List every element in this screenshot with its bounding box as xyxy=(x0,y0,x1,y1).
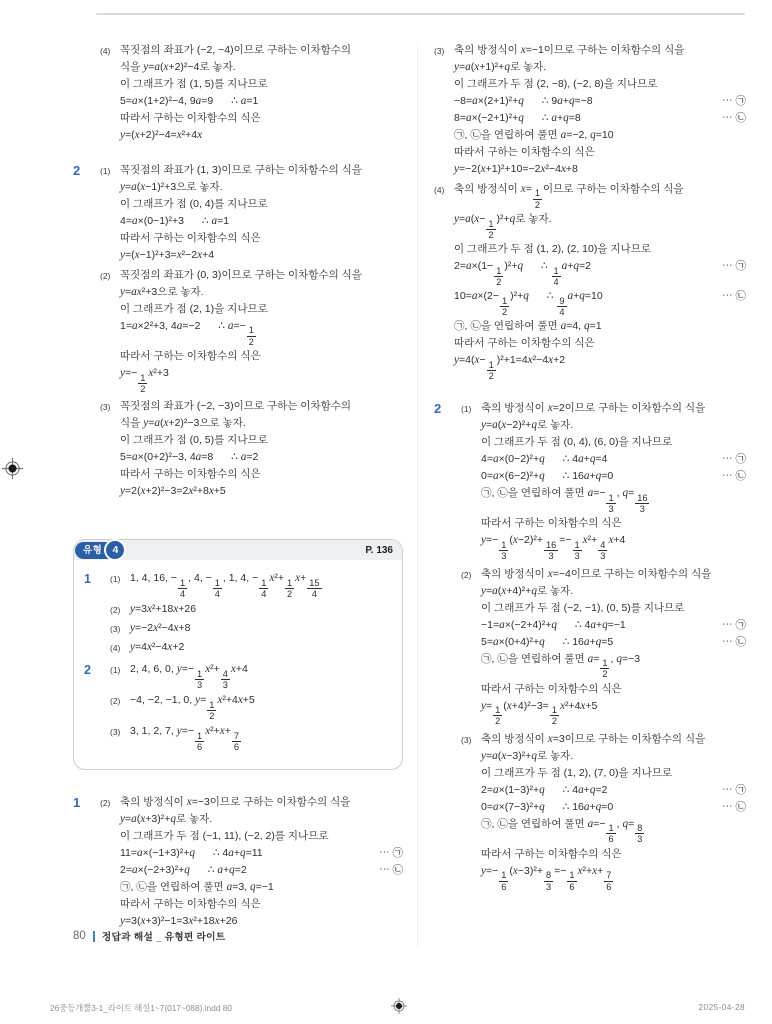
solution-line: 따라서 구하는 이차함수의 식은 xyxy=(481,515,746,531)
solution-line: 식을 y=a(x+2)²−3으로 놓자. xyxy=(120,415,403,431)
solution-line: y=a(x−1)²+3으로 놓자. xyxy=(120,179,403,195)
line-segment: 2=a×(−2+3)²+q xyxy=(120,862,190,878)
item-body: 꼭짓점의 좌표가 (−2, −3)이므로 구하는 이차함수의식을 y=a(x+2… xyxy=(120,398,403,500)
item-label: (3) xyxy=(434,42,454,178)
solution-line: y=4(x−12)²+1=4x²−4x+2 xyxy=(454,352,746,381)
solution-line: y=−2(x+1)²+10=−2x²−4x+8 xyxy=(454,161,746,177)
item-body: 꼭짓점의 좌표가 (0, 3)이므로 구하는 이차함수의 식을y=ax²+3으로… xyxy=(120,267,403,395)
registration-mark-icon xyxy=(2,458,23,479)
solution-line: 이 그래프가 두 점 (0, 4), (6, 0)을 지나므로 xyxy=(481,434,746,450)
solution-line: 꼭짓점의 좌표가 (−2, −4)이므로 구하는 이차함수의 xyxy=(120,42,403,58)
solution-line: 2=a×(1−12)²+q∴ 14a+q=2⋯ ㉠ xyxy=(454,258,746,287)
line-segment: 8=a×(−2+1)²+q xyxy=(454,110,524,126)
solution-line: 축의 방정식이 x=−4이므로 구하는 이차함수의 식을 xyxy=(481,566,746,582)
line-segment: −8=a×(2+1)²+q xyxy=(454,93,524,109)
solution-line: 5=a×(0+2)²−3, 4a=8∴ a=2 xyxy=(120,449,403,465)
solution-line: ㉠, ㉡을 연립하여 풀면 a=4, q=1 xyxy=(454,318,746,334)
column-left: (4)꼭짓점의 좌표가 (−2, −4)이므로 구하는 이차함수의식을 y=a(… xyxy=(73,42,403,948)
solution-line: 이 그래프가 점 (1, 5)를 지나므로 xyxy=(120,76,403,92)
answer-item: (3)y=−2x²−4x+8 xyxy=(110,620,392,637)
solution-line: 2=a×(1−3)²+q∴ 4a+q=2⋯ ㉠ xyxy=(481,782,746,798)
item-label: (3) xyxy=(461,731,481,893)
solution-item: (3)축의 방정식이 x=−1이므로 구하는 이차함수의 식을y=a(x+1)²… xyxy=(434,42,746,178)
line-segment: ⋯ ㉠ xyxy=(722,451,746,467)
item-body: 축의 방정식이 x=−3이므로 구하는 이차함수의 식을y=a(x+3)²+q로… xyxy=(120,794,403,930)
page: (4)꼭짓점의 좌표가 (−2, −4)이므로 구하는 이차함수의식을 y=a(… xyxy=(0,0,772,1024)
solution-line: 2=a×(−2+3)²+q∴ a+q=2⋯ ㉡ xyxy=(120,862,403,878)
item-body: 축의 방정식이 x=12이므로 구하는 이차함수의 식을y=a(x−12)²+q… xyxy=(454,181,746,382)
solution-block: 1(2)축의 방정식이 x=−3이므로 구하는 이차함수의 식을y=a(x+3)… xyxy=(73,794,403,933)
solution-line: −1=a×(−2+4)²+q∴ 4a+q=−1⋯ ㉠ xyxy=(481,617,746,633)
problem-number: 2 xyxy=(73,162,100,503)
solution-line: 식을 y=a(x+2)²−4로 놓자. xyxy=(120,59,403,75)
solution-line: 10=a×(2−12)²+q∴ 94a+q=10⋯ ㉡ xyxy=(454,288,746,317)
answer-row: 1(1)1, 4, 16, −14, 4, −14, 1, 4, −14x²+1… xyxy=(84,570,392,658)
solution-line: y=3(x+3)²−1=3x²+18x+26 xyxy=(120,913,403,929)
column-divider xyxy=(417,42,418,947)
solution-item: (4)꼭짓점의 좌표가 (−2, −4)이므로 구하는 이차함수의식을 y=a(… xyxy=(100,42,403,144)
solution-line: 따라서 구하는 이차함수의 식은 xyxy=(120,110,403,126)
solution-item: (2)축의 방정식이 x=−4이므로 구하는 이차함수의 식을y=a(x+4)²… xyxy=(461,566,746,728)
solution-line: y=ax²+3으로 놓자. xyxy=(120,284,403,300)
footer-title: 정답과 해설 _ 유형편 라이트 xyxy=(102,929,226,943)
item-label: (1) xyxy=(110,661,130,690)
solution-line: ㉠, ㉡을 연립하여 풀면 a=12, q=−3 xyxy=(481,651,746,680)
line-segment: −1=a×(−2+4)²+q xyxy=(481,617,557,633)
solution-items: (1)축의 방정식이 x=2이므로 구하는 이차함수의 식을y=a(x−2)²+… xyxy=(461,400,746,895)
line-segment: ∴ a+q=8 xyxy=(542,110,581,126)
print-info-line: 26중등개뿔3-1_라이트 해설1~7(017~088).indd 80 202… xyxy=(0,997,772,1019)
solution-line: 5=a×(1+2)²−4, 9a=9∴ a=1 xyxy=(120,93,403,109)
solution-line: 따라서 구하는 이차함수의 식은 xyxy=(481,681,746,697)
line-segment: ⋯ ㉠ xyxy=(379,845,403,861)
answer-number: 1 xyxy=(84,570,110,658)
solution-line: y=−12x²+3 xyxy=(120,365,403,394)
solution-line: y=(x−1)²+3=x²−2x+4 xyxy=(120,247,403,263)
solution-line: −8=a×(2+1)²+q∴ 9a+q=−8⋯ ㉠ xyxy=(454,93,746,109)
item-label: (2) xyxy=(110,692,130,721)
solution-item: (3)축의 방정식이 x=3이므로 구하는 이차함수의 식을y=a(x−3)²+… xyxy=(461,731,746,893)
column-right: (3)축의 방정식이 x=−1이므로 구하는 이차함수의 식을y=a(x+1)²… xyxy=(434,42,746,911)
solution-line: 꼭짓점의 좌표가 (0, 3)이므로 구하는 이차함수의 식을 xyxy=(120,267,403,283)
solution-line: 4=a×(0−1)²+3∴ a=1 xyxy=(120,213,403,229)
item-label: (3) xyxy=(100,398,120,500)
item-label: (1) xyxy=(461,400,481,562)
solution-line: 꼭짓점의 좌표가 (−2, −3)이므로 구하는 이차함수의 xyxy=(120,398,403,414)
solution-items: (1)꼭짓점의 좌표가 (1, 3)이므로 구하는 이차함수의 식을y=a(x−… xyxy=(100,162,403,503)
line-segment: ⋯ ㉠ xyxy=(722,93,746,109)
solution-block: (3)축의 방정식이 x=−1이므로 구하는 이차함수의 식을y=a(x+1)²… xyxy=(434,42,746,385)
item-label: (4) xyxy=(110,639,130,656)
solution-line: y=2(x+2)²−3=2x²+8x+5 xyxy=(120,483,403,499)
item-body: 축의 방정식이 x=−1이므로 구하는 이차함수의 식을y=a(x+1)²+q로… xyxy=(454,42,746,178)
item-label: (4) xyxy=(100,42,120,144)
item-body: 축의 방정식이 x=−4이므로 구하는 이차함수의 식을y=a(x+4)²+q로… xyxy=(481,566,746,728)
solution-line: 축의 방정식이 x=3이므로 구하는 이차함수의 식을 xyxy=(481,731,746,747)
line-segment: ⋯ ㉡ xyxy=(379,862,403,878)
page-footer: 80 정답과 해설 _ 유형편 라이트 xyxy=(73,929,225,943)
line-segment: ⋯ ㉡ xyxy=(722,468,746,484)
item-label: (3) xyxy=(110,620,130,637)
answer-items: (1)2, 4, 6, 0, y=−13x²+43x+4(2)−4, −2, −… xyxy=(110,661,392,754)
solution-line: 따라서 구하는 이차함수의 식은 xyxy=(120,230,403,246)
solution-item: (2)축의 방정식이 x=−3이므로 구하는 이차함수의 식을y=a(x+3)²… xyxy=(100,794,403,930)
line-segment: ∴ 4a+q=2 xyxy=(563,782,608,798)
item-label: (2) xyxy=(100,267,120,395)
item-label: (1) xyxy=(110,570,130,599)
solution-line: 이 그래프가 두 점 (1, 2), (7, 0)을 지나므로 xyxy=(481,765,746,781)
solution-line: 이 그래프가 점 (0, 5)를 지나므로 xyxy=(120,432,403,448)
answer-number: 2 xyxy=(84,661,110,754)
solution-line: 이 그래프가 두 점 (−2, −1), (0, 5)를 지나므로 xyxy=(481,600,746,616)
item-body: 꼭짓점의 좌표가 (−2, −4)이므로 구하는 이차함수의식을 y=a(x+2… xyxy=(120,42,403,144)
solution-item: (2)꼭짓점의 좌표가 (0, 3)이므로 구하는 이차함수의 식을y=ax²+… xyxy=(100,267,403,395)
line-segment: 1=a×2²+3, 4a=−2 xyxy=(120,318,200,334)
item-label: (2) xyxy=(100,794,120,930)
answer-item: (2)−4, −2, −1, 0, y=12x²+4x+5 xyxy=(110,692,392,721)
line-segment: ∴ a=1 xyxy=(231,93,258,109)
type-answer-box: 유형4P. 1361(1)1, 4, 16, −14, 4, −14, 1, 4… xyxy=(73,539,403,770)
line-segment: ∴ 16a+q=0 xyxy=(563,468,614,484)
solution-item: (3)꼭짓점의 좌표가 (−2, −3)이므로 구하는 이차함수의식을 y=a(… xyxy=(100,398,403,500)
line-segment: ∴ 14a+q=2 xyxy=(541,258,591,287)
solution-line: 8=a×(−2+1)²+q∴ a+q=8⋯ ㉡ xyxy=(454,110,746,126)
solution-line: y=12(x+4)²−3=12x²+4x+5 xyxy=(481,698,746,727)
solution-item: (4)축의 방정식이 x=12이므로 구하는 이차함수의 식을y=a(x−12)… xyxy=(434,181,746,382)
print-date: 2025-04-28 xyxy=(699,1002,745,1012)
line-segment: ⋯ ㉡ xyxy=(722,288,746,304)
line-segment: ∴ a=1 xyxy=(202,213,229,229)
solution-line: ㉠, ㉡을 연립하여 풀면 a=−13, q=163 xyxy=(481,485,746,514)
solution-line: ㉠, ㉡을 연립하여 풀면 a=3, q=−1 xyxy=(120,879,403,895)
solution-line: 0=a×(7−3)²+q∴ 16a+q=0⋯ ㉡ xyxy=(481,799,746,815)
line-segment: ∴ 16a+q=0 xyxy=(563,799,614,815)
solution-line: 5=a×(0+4)²+q∴ 16a+q=5⋯ ㉡ xyxy=(481,634,746,650)
answer-item: (3)3, 1, 2, 7, y=−16x²+x+76 xyxy=(110,723,392,752)
item-body: 축의 방정식이 x=3이므로 구하는 이차함수의 식을y=a(x−3)²+q로 … xyxy=(481,731,746,893)
answer-item: (1)2, 4, 6, 0, y=−13x²+43x+4 xyxy=(110,661,392,690)
solution-line: 이 그래프가 점 (2, 1)을 지나므로 xyxy=(120,301,403,317)
answer-value: y=4x²−4x+2 xyxy=(130,639,184,656)
solution-items: (2)축의 방정식이 x=−3이므로 구하는 이차함수의 식을y=a(x+3)²… xyxy=(100,794,403,933)
line-segment: 10=a×(2−12)²+q xyxy=(454,288,529,317)
solution-items: (4)꼭짓점의 좌표가 (−2, −4)이므로 구하는 이차함수의식을 y=a(… xyxy=(100,42,403,147)
line-segment: ∴ a=−12 xyxy=(218,318,257,347)
solution-line: 따라서 구하는 이차함수의 식은 xyxy=(454,335,746,351)
solution-block: (4)꼭짓점의 좌표가 (−2, −4)이므로 구하는 이차함수의식을 y=a(… xyxy=(73,42,403,147)
line-segment: 0=a×(6−2)²+q xyxy=(481,468,545,484)
solution-line: ㉠, ㉡을 연립하여 풀면 a=−2, q=10 xyxy=(454,127,746,143)
solution-line: 따라서 구하는 이차함수의 식은 xyxy=(481,846,746,862)
solution-line: y=a(x−2)²+q로 놓자. xyxy=(481,417,746,433)
solution-block: 2(1)축의 방정식이 x=2이므로 구하는 이차함수의 식을y=a(x−2)²… xyxy=(434,400,746,895)
item-label: (4) xyxy=(434,181,454,382)
type-badge: 유형4 xyxy=(75,541,126,559)
line-segment: ∴ a=2 xyxy=(231,449,258,465)
answer-row: 2(1)2, 4, 6, 0, y=−13x²+43x+4(2)−4, −2, … xyxy=(84,661,392,754)
answer-list: 1(1)1, 4, 16, −14, 4, −14, 1, 4, −14x²+1… xyxy=(74,560,402,769)
problem-number: 1 xyxy=(73,794,100,933)
top-rule xyxy=(96,13,745,15)
solution-line: 0=a×(6−2)²+q∴ 16a+q=0⋯ ㉡ xyxy=(481,468,746,484)
footer-divider xyxy=(93,931,95,942)
line-segment: 2=a×(1−12)²+q xyxy=(454,258,523,287)
line-segment: ⋯ ㉠ xyxy=(722,617,746,633)
item-label: (2) xyxy=(110,601,130,618)
line-segment: 4=a×(0−2)²+q xyxy=(481,451,545,467)
line-segment: ⋯ ㉡ xyxy=(722,799,746,815)
solution-line: 꼭짓점의 좌표가 (1, 3)이므로 구하는 이차함수의 식을 xyxy=(120,162,403,178)
solution-line: 축의 방정식이 x=2이므로 구하는 이차함수의 식을 xyxy=(481,400,746,416)
solution-line: 11=a×(−1+3)²+q∴ 4a+q=11⋯ ㉠ xyxy=(120,845,403,861)
line-segment: ∴ 94a+q=10 xyxy=(547,288,603,317)
solution-line: y=−13(x−2)²+163=−13x²+43x+4 xyxy=(481,532,746,561)
problem-number xyxy=(73,42,100,147)
type-header-bar: 유형4P. 136 xyxy=(74,540,402,560)
line-segment: 11=a×(−1+3)²+q xyxy=(120,845,195,861)
solution-line: ㉠, ㉡을 연립하여 풀면 a=−16, q=83 xyxy=(481,816,746,845)
line-segment: 4=a×(0−1)²+3 xyxy=(120,213,184,229)
answer-item: (1)1, 4, 16, −14, 4, −14, 1, 4, −14x²+12… xyxy=(110,570,392,599)
solution-line: 따라서 구하는 이차함수의 식은 xyxy=(120,466,403,482)
answer-item: (4)y=4x²−4x+2 xyxy=(110,639,392,656)
problem-number: 2 xyxy=(434,400,461,895)
line-segment: 5=a×(0+2)²−3, 4a=8 xyxy=(120,449,213,465)
solution-line: y=(x+2)²−4=x²+4x xyxy=(120,127,403,143)
item-body: 꼭짓점의 좌표가 (1, 3)이므로 구하는 이차함수의 식을y=a(x−1)²… xyxy=(120,162,403,264)
solution-line: y=a(x−12)²+q로 놓자. xyxy=(454,211,746,240)
solution-line: 축의 방정식이 x=−1이므로 구하는 이차함수의 식을 xyxy=(454,42,746,58)
solution-line: 이 그래프가 두 점 (1, 2), (2, 10)을 지나므로 xyxy=(454,241,746,257)
solution-line: y=a(x+4)²+q로 놓자. xyxy=(481,583,746,599)
item-label: (1) xyxy=(100,162,120,264)
solution-line: 이 그래프가 두 점 (2, −8), (−2, 8)을 지나므로 xyxy=(454,76,746,92)
solution-item: (1)꼭짓점의 좌표가 (1, 3)이므로 구하는 이차함수의 식을y=a(x−… xyxy=(100,162,403,264)
solution-line: y=a(x+1)²+q로 놓자. xyxy=(454,59,746,75)
line-segment: ⋯ ㉡ xyxy=(722,110,746,126)
line-segment: ∴ 4a+q=4 xyxy=(563,451,608,467)
answer-value: 1, 4, 16, −14, 4, −14, 1, 4, −14x²+12x+1… xyxy=(130,570,323,599)
solution-line: 1=a×2²+3, 4a=−2∴ a=−12 xyxy=(120,318,403,347)
solution-line: y=a(x+3)²+q로 놓자. xyxy=(120,811,403,827)
solution-items: (3)축의 방정식이 x=−1이므로 구하는 이차함수의 식을y=a(x+1)²… xyxy=(434,42,746,385)
line-segment: ∴ 4a+q=−1 xyxy=(575,617,626,633)
registration-mark-icon xyxy=(391,998,407,1014)
line-segment: ⋯ ㉠ xyxy=(722,782,746,798)
answer-value: y=−2x²−4x+8 xyxy=(130,620,191,637)
print-file-name: 26중등개뿔3-1_라이트 해설1~7(017~088).indd 80 xyxy=(50,1002,232,1014)
type-badge-number: 4 xyxy=(104,539,126,561)
item-body: 축의 방정식이 x=2이므로 구하는 이차함수의 식을y=a(x−2)²+q로 … xyxy=(481,400,746,562)
answer-value: 2, 4, 6, 0, y=−13x²+43x+4 xyxy=(130,661,248,690)
answer-items: (1)1, 4, 16, −14, 4, −14, 1, 4, −14x²+12… xyxy=(110,570,392,658)
line-segment: ⋯ ㉡ xyxy=(722,634,746,650)
solution-line: 따라서 구하는 이차함수의 식은 xyxy=(454,144,746,160)
item-label: (2) xyxy=(461,566,481,728)
line-segment: 5=a×(0+4)²+q xyxy=(481,634,545,650)
line-segment: ∴ 9a+q=−8 xyxy=(542,93,593,109)
line-segment: ∴ a+q=2 xyxy=(208,862,247,878)
solution-item: (1)축의 방정식이 x=2이므로 구하는 이차함수의 식을y=a(x−2)²+… xyxy=(461,400,746,562)
line-segment: ∴ 4a+q=11 xyxy=(213,845,263,861)
solution-line: 이 그래프가 점 (0, 4)를 지나므로 xyxy=(120,196,403,212)
solution-line: 축의 방정식이 x=12이므로 구하는 이차함수의 식을 xyxy=(454,181,746,210)
line-segment: 5=a×(1+2)²−4, 9a=9 xyxy=(120,93,213,109)
solution-line: 이 그래프가 두 점 (−1, 11), (−2, 2)를 지나므로 xyxy=(120,828,403,844)
solution-block: 2(1)꼭짓점의 좌표가 (1, 3)이므로 구하는 이차함수의 식을y=a(x… xyxy=(73,162,403,503)
solution-line: 따라서 구하는 이차함수의 식은 xyxy=(120,348,403,364)
solution-line: 4=a×(0−2)²+q∴ 4a+q=4⋯ ㉠ xyxy=(481,451,746,467)
answer-item: (2)y=3x²+18x+26 xyxy=(110,601,392,618)
footer-page-number: 80 xyxy=(73,930,86,942)
line-segment: 2=a×(1−3)²+q xyxy=(481,782,545,798)
page-reference: P. 136 xyxy=(365,545,393,556)
solution-line: 따라서 구하는 이차함수의 식은 xyxy=(120,896,403,912)
line-segment: ∴ 16a+q=5 xyxy=(563,634,614,650)
line-segment: 0=a×(7−3)²+q xyxy=(481,799,545,815)
solution-line: y=−16(x−3)²+83=−16x²+x+76 xyxy=(481,863,746,892)
solution-line: y=a(x−3)²+q로 놓자. xyxy=(481,748,746,764)
item-label: (3) xyxy=(110,723,130,752)
answer-value: y=3x²+18x+26 xyxy=(130,601,196,618)
solution-line: 축의 방정식이 x=−3이므로 구하는 이차함수의 식을 xyxy=(120,794,403,810)
line-segment: ⋯ ㉠ xyxy=(722,258,746,274)
answer-value: −4, −2, −1, 0, y=12x²+4x+5 xyxy=(130,692,255,721)
answer-value: 3, 1, 2, 7, y=−16x²+x+76 xyxy=(130,723,242,752)
